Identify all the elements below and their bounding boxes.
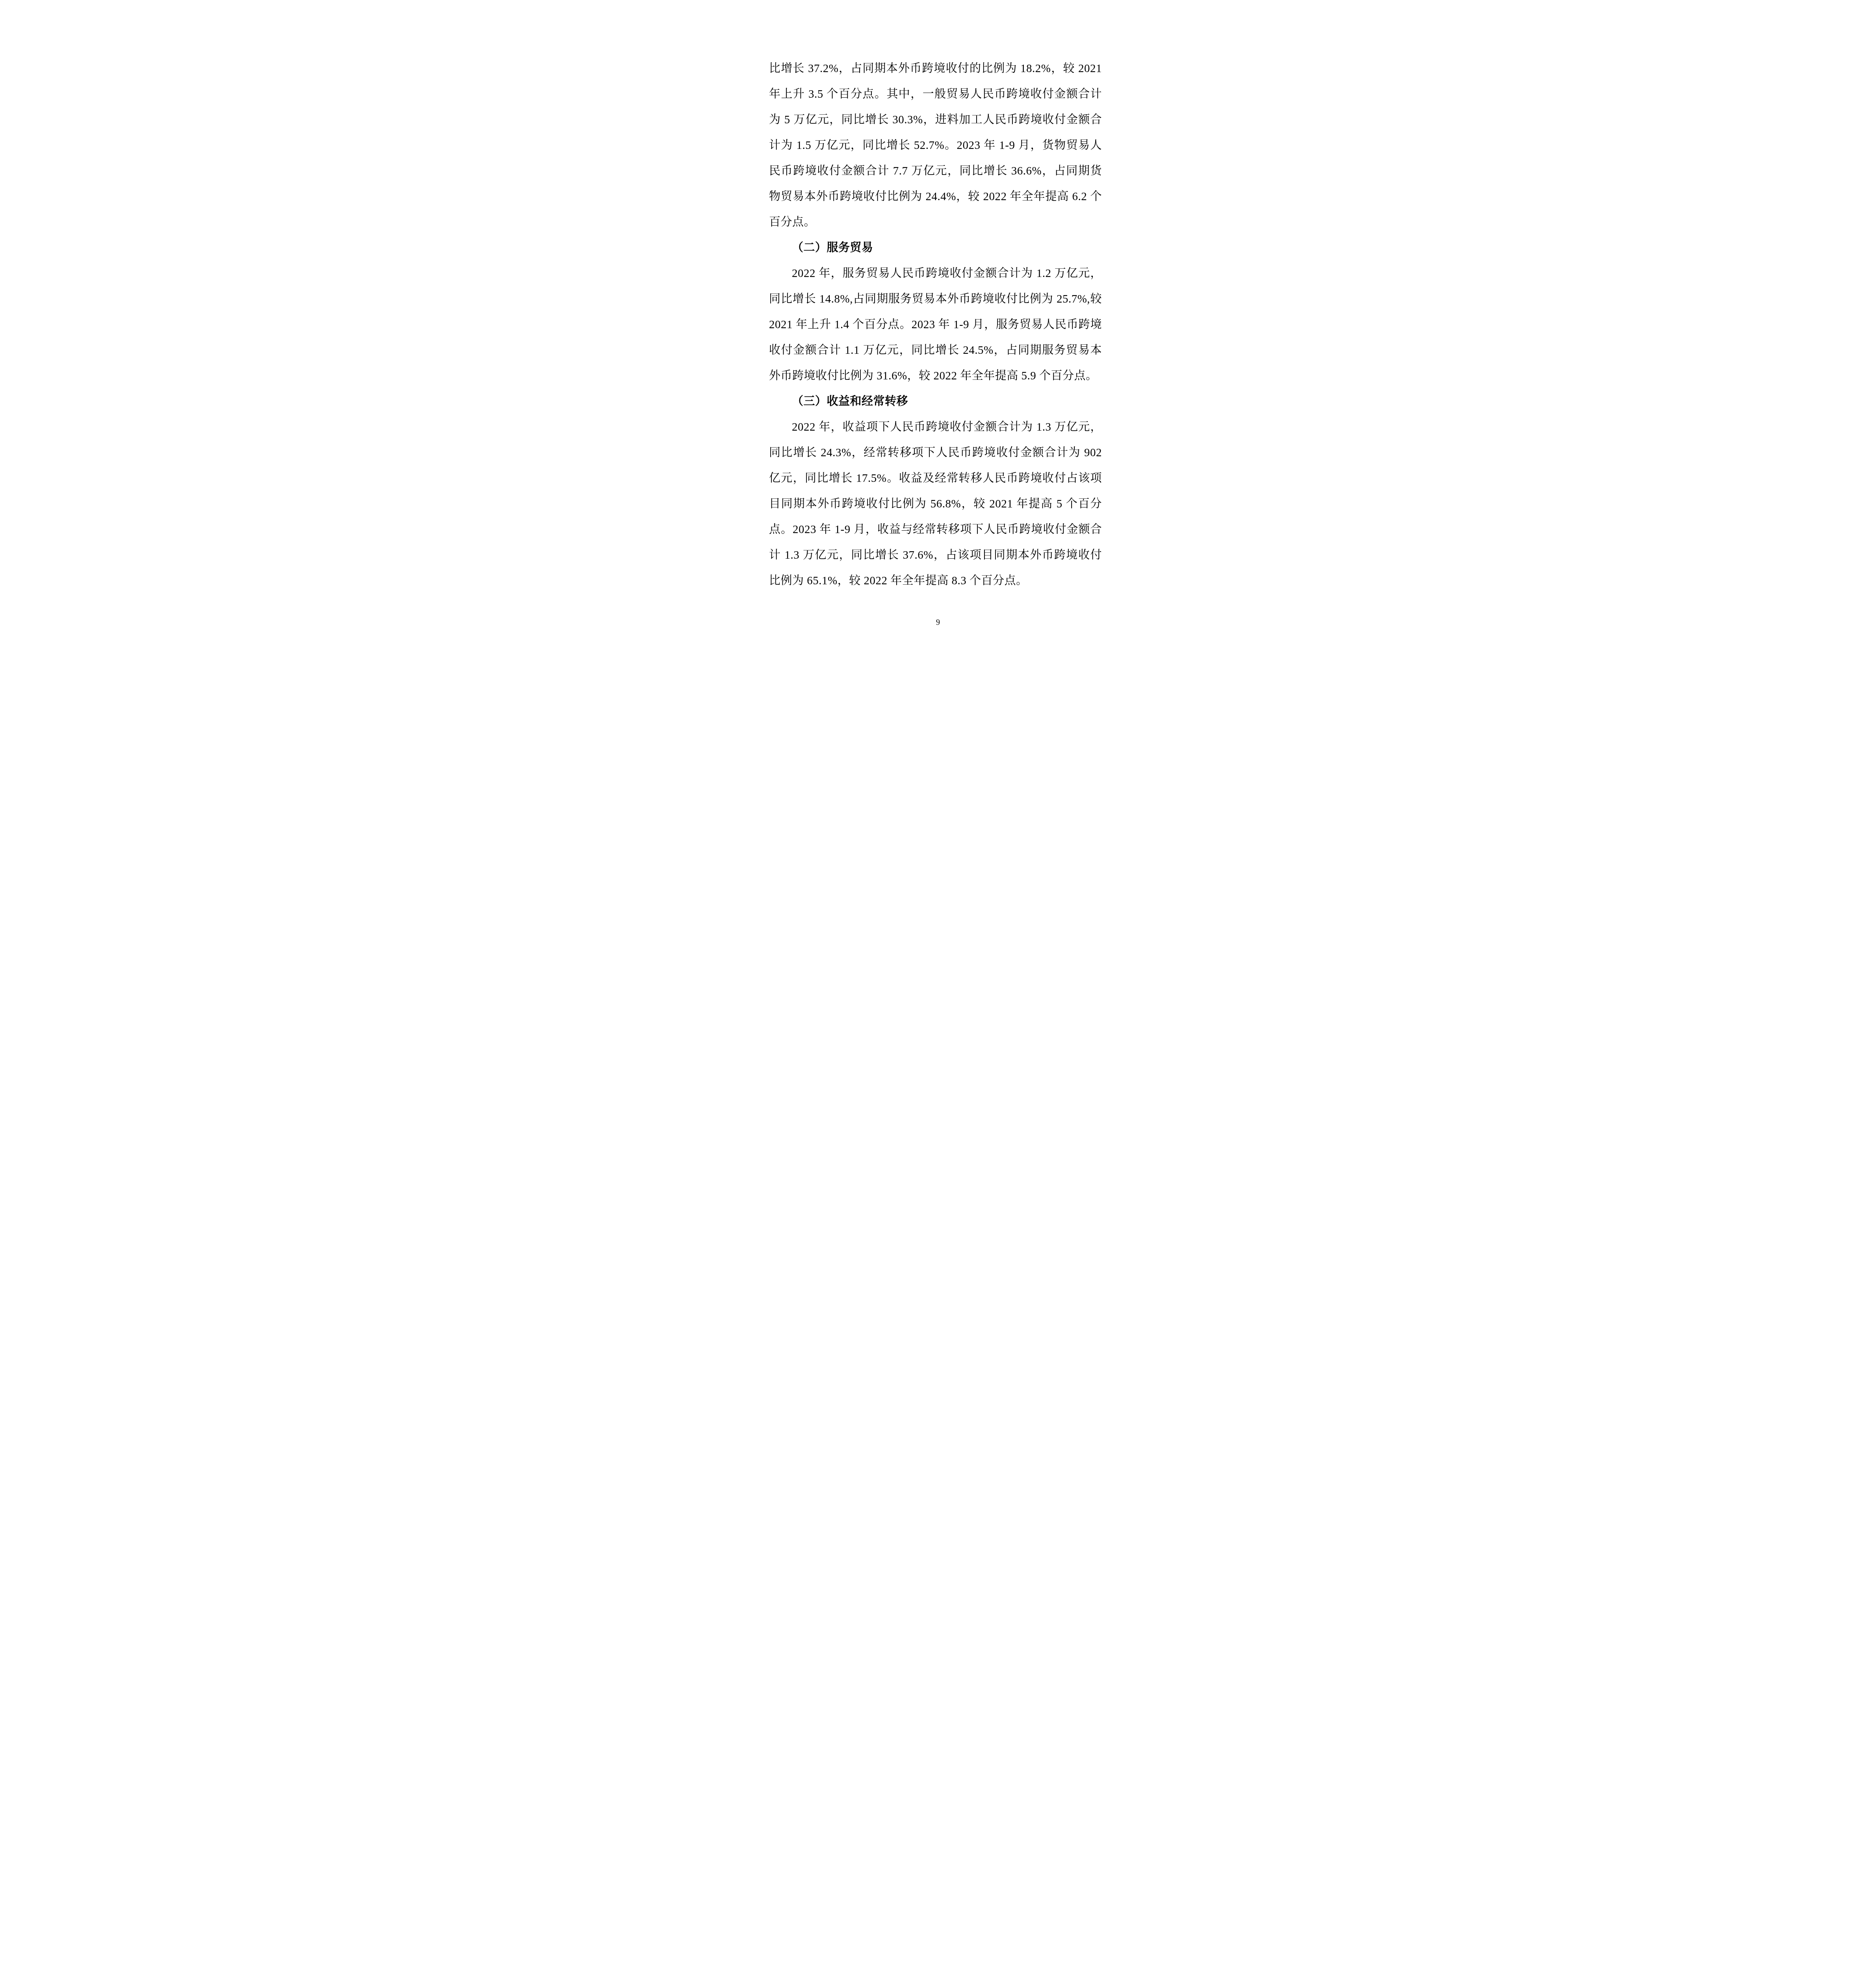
section-heading: （二）服务贸易 bbox=[769, 235, 1102, 261]
page-number: 9 bbox=[704, 617, 1172, 628]
document-body: 比增长 37.2%，占同期本外币跨境收付的比例为 18.2%，较 2021 年上… bbox=[769, 56, 1102, 594]
document-page: 比增长 37.2%，占同期本外币跨境收付的比例为 18.2%，较 2021 年上… bbox=[704, 0, 1172, 663]
paragraph: 比增长 37.2%，占同期本外币跨境收付的比例为 18.2%，较 2021 年上… bbox=[769, 56, 1102, 235]
paragraph: 2022 年，服务贸易人民币跨境收付金额合计为 1.2 万亿元，同比增长 14.… bbox=[769, 261, 1102, 389]
paragraph: 2022 年，收益项下人民币跨境收付金额合计为 1.3 万亿元，同比增长 24.… bbox=[769, 414, 1102, 594]
section-heading: （三）收益和经常转移 bbox=[769, 389, 1102, 414]
